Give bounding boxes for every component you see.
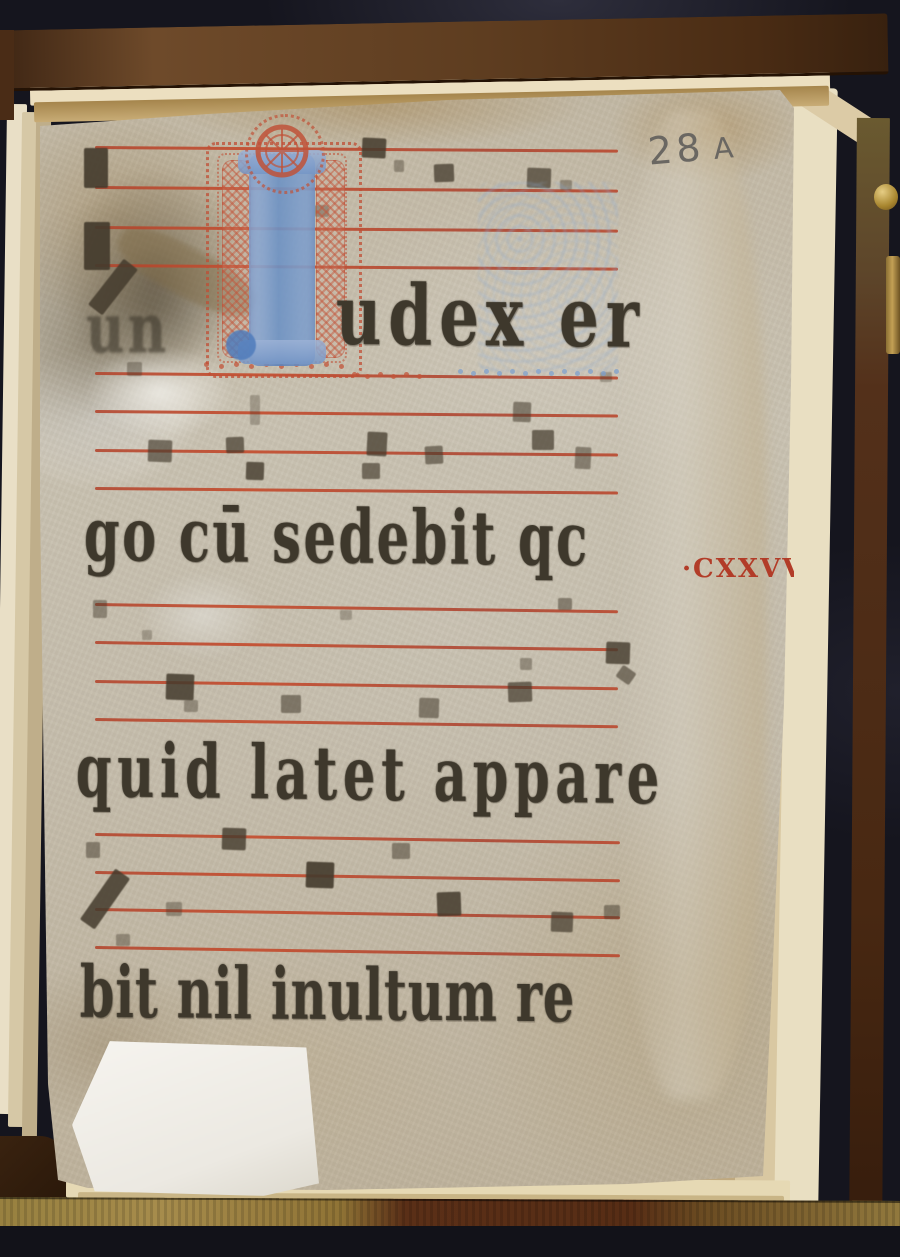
- neume-note: [520, 658, 532, 670]
- neume-note: [532, 430, 554, 450]
- neume-note: [166, 902, 182, 916]
- neume-note: [84, 148, 108, 188]
- neume-note: [361, 137, 386, 158]
- neume-note: [148, 440, 173, 463]
- neume-note: [419, 698, 440, 719]
- neume-note: [84, 222, 110, 270]
- neume-note: [437, 892, 462, 917]
- initial-blue-flourish: [226, 330, 256, 360]
- neume-note: [184, 700, 198, 712]
- chant-text-line: udex er: [335, 268, 645, 367]
- neume-note: [394, 160, 404, 172]
- neume-note: [392, 843, 410, 859]
- neume-note: [604, 905, 620, 919]
- neume-note: [222, 828, 247, 851]
- red-penwork-dot: [378, 372, 383, 377]
- chant-text-line: go cū sedebit qc: [84, 492, 590, 583]
- manuscript-photo: un udex er go cū sedebit qc quid latet a…: [0, 0, 900, 1257]
- background-shadow: [0, 1226, 900, 1257]
- penwork-rosette: [255, 124, 309, 178]
- pencil-folio-number: 28A: [646, 122, 735, 173]
- neume-note: [226, 437, 245, 454]
- chant-text-line: bit nil inultum re: [80, 950, 576, 1039]
- neume-note: [93, 600, 107, 618]
- blue-penwork-dot: [471, 371, 476, 376]
- white-repair-patch: [72, 1038, 324, 1196]
- neume-note: [551, 912, 574, 933]
- leather-binding-left: [0, 30, 14, 120]
- neume-note: [281, 695, 301, 713]
- neume-note: [362, 463, 380, 479]
- red-penwork-dot: [404, 372, 409, 377]
- red-penwork-dot: [365, 374, 370, 379]
- page-curl-highlight: [616, 110, 766, 1100]
- folio-number-letter: A: [712, 130, 735, 166]
- brass-clasp-plate: [886, 256, 900, 354]
- neume-note: [142, 630, 152, 640]
- neume-note: [306, 862, 335, 889]
- red-roman-foliation: ·CXXVV: [682, 554, 794, 588]
- neume-note: [513, 402, 532, 423]
- neume-note: [166, 674, 195, 701]
- neume-note: [340, 610, 352, 620]
- neume-note: [508, 682, 533, 703]
- neume-note: [434, 164, 455, 183]
- neume-note: [250, 395, 260, 425]
- red-penwork-dot: [391, 374, 396, 379]
- neume-note: [558, 598, 572, 610]
- eroded-text-fragment: un: [86, 288, 169, 368]
- folio-number-digits: 28: [646, 125, 706, 174]
- neume-note: [425, 446, 444, 465]
- neume-note: [606, 642, 631, 665]
- brass-clasp-knob: [874, 184, 898, 210]
- neume-note: [246, 462, 265, 481]
- leather-binding-right: [849, 118, 890, 1243]
- initial-penwork-panel: [222, 160, 251, 358]
- neume-note: [86, 842, 100, 858]
- chant-text-line: quid latet appare: [75, 728, 665, 822]
- neume-note: [116, 934, 130, 946]
- blue-penwork-dot: [614, 369, 619, 374]
- neume-note: [366, 431, 387, 456]
- red-penwork-dot: [417, 374, 422, 379]
- neume-note: [574, 447, 591, 470]
- blue-penwork-dot: [458, 369, 463, 374]
